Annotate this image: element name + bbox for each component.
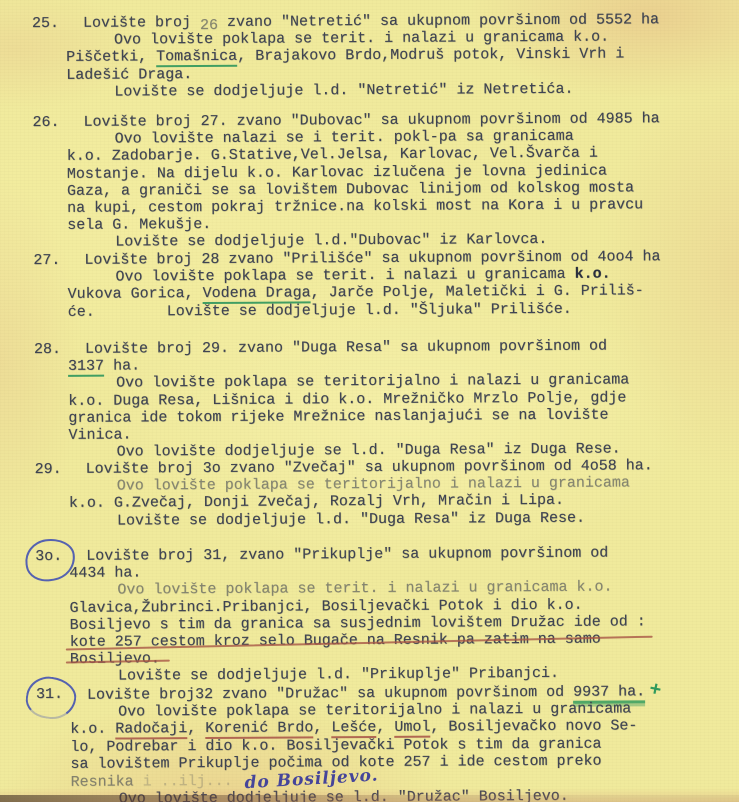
text-segment: Lovište broj xyxy=(83,14,200,32)
text-segment: Lovište se dodjeljuje l.d. "Duga Resa" i… xyxy=(117,509,585,529)
text-segment: , xyxy=(187,720,205,737)
item-body: Lovište broj 29. zvano "Duga Resa" sa uk… xyxy=(68,337,713,461)
red-strikethrough-text: Bosiljevo. xyxy=(70,651,160,669)
paper-edge-shadow xyxy=(0,795,739,802)
item-body: Lovište broj32 zvano "Družac" sa ukupnom… xyxy=(70,682,715,802)
overtyped-bold-text: k.o. xyxy=(575,266,611,283)
text-line: će.Lovište se dodjeljuje l.d. "Šljuka" P… xyxy=(68,300,712,321)
item-body: Lovište broj 27. zvano "Dubovac" sa ukup… xyxy=(66,110,711,252)
text-segment: Lovište se dodjeljuje l.d. "Netretić" iz… xyxy=(114,81,573,101)
text-segment: Lovište se dodjeljuje l.d. "Prikuplje" P… xyxy=(118,665,559,685)
text-segment: k.o. xyxy=(70,721,115,738)
text-segment: će. xyxy=(68,303,95,320)
typewritten-content: 25. Lovište broj 26 zvano "Netretić" sa … xyxy=(0,0,739,802)
text-line: Lovište se dodjeljuje l.d. "Duga Resa" i… xyxy=(69,509,713,530)
text-segment: Ladešić Draga. xyxy=(66,66,192,84)
list-item-29: 29. Lovište broj 3o zvano "Zvečaj" sa uk… xyxy=(35,457,713,530)
text-segment: Lovište se dodjeljuje l.d. "Šljuka" Pril… xyxy=(167,300,572,320)
document-page: 25. Lovište broj 26 zvano "Netretić" sa … xyxy=(0,0,739,802)
text-segment: Piščetki, xyxy=(66,49,156,67)
text-segment: , Brajakovo Brdo,Modruš potok, Vinski Vr… xyxy=(237,46,624,65)
text-segment: Vinica. xyxy=(68,426,131,443)
text-segment: Vukova Gorica, xyxy=(68,285,203,303)
item-body: Lovište broj 28 zvano "Prilišće" sa ukup… xyxy=(67,248,711,321)
list-item-28: 28. Lovište broj 29. zvano "Duga Resa" s… xyxy=(34,337,713,462)
list-item-27: 27. Lovište broj 28 zvano "Prilišće" sa … xyxy=(33,248,711,321)
list-item-31: 31. Lovište broj32 zvano "Družac" sa uku… xyxy=(36,682,715,802)
text-segment: , Jarče Polje, Maletički i G. Priliš- xyxy=(311,283,644,302)
text-segment: ha. xyxy=(104,358,140,375)
text-segment: , Bosiljevačko novo Se- xyxy=(430,718,637,736)
item-body: Lovište broj 26 zvano "Netretić" sa ukup… xyxy=(66,11,711,101)
text-segment: , xyxy=(313,720,331,737)
text-segment: , xyxy=(376,719,394,736)
list-item-26: 26. Lovište broj 27. zvano "Dubovac" sa … xyxy=(32,110,711,252)
item-body: Lovište broj 31, zvano "Prikuplje" sa uk… xyxy=(69,544,714,686)
list-item-25: 25. Lovište broj 26 zvano "Netretić" sa … xyxy=(32,11,711,101)
green-plus-mark: + xyxy=(648,681,663,700)
text-line: Lovište se dodjeljuje l.d. "Netretić" iz… xyxy=(66,80,710,101)
item-body: Lovište broj 3o zvano "Zvečaj" sa ukupno… xyxy=(69,457,713,530)
text-segment: 4434 ha. xyxy=(69,565,141,582)
text-segment: sela G. Mekušje. xyxy=(67,216,211,234)
list-item-30: 3o. Lovište broj 31, zvano "Prikuplje" s… xyxy=(35,544,714,686)
text-segment: Lovište se dodjeljuje l.d."Dubovac" iz K… xyxy=(115,231,547,251)
